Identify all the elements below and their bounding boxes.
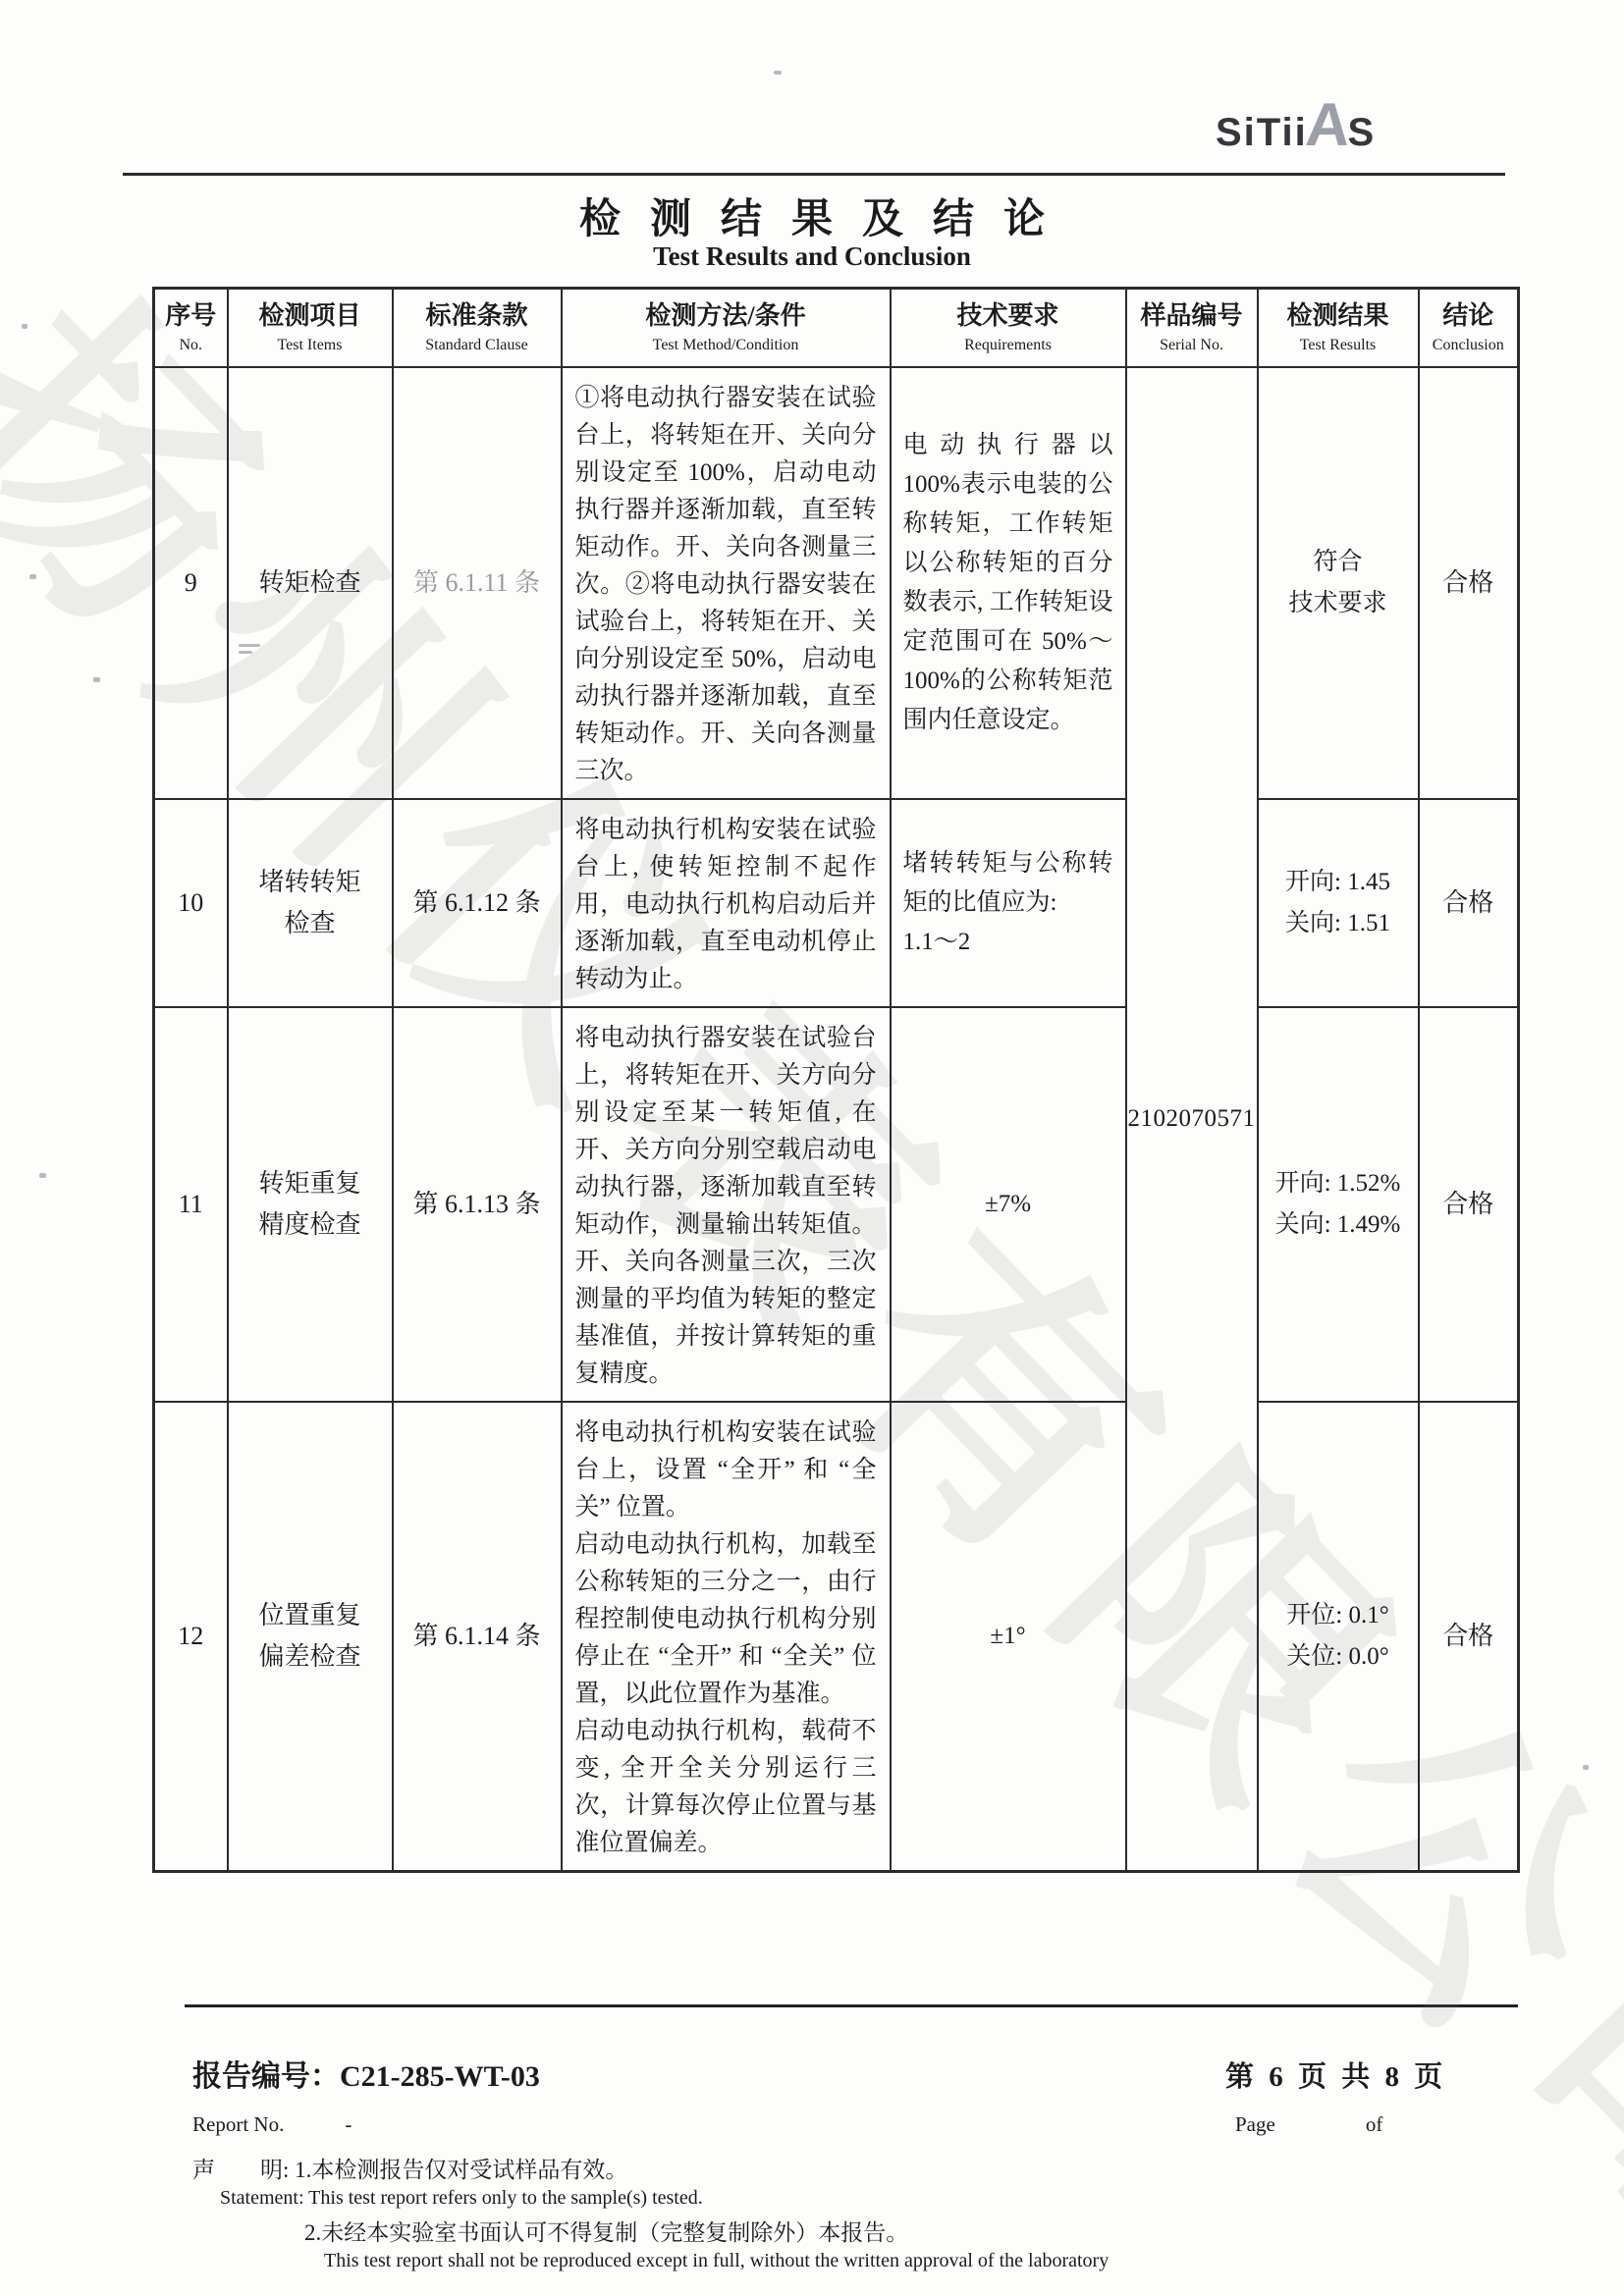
cell-no: 10 xyxy=(154,799,228,1007)
col-header-no: 序号 No. xyxy=(154,289,228,367)
footer-statement-en-1: Statement: This test report refers only … xyxy=(220,2187,703,2210)
cell-test-method: ①将电动执行器安装在试验台上，将转矩在开、关向分别设定至 100%，启动电动执行… xyxy=(562,367,891,799)
cell-test-result: 开位: 0.1° 关位: 0.0° xyxy=(1258,1402,1419,1872)
sitiias-logo: SiTii A S xyxy=(1216,90,1376,160)
table-row-11: 11 转矩重复 精度检查 第 6.1.13 条 将电动执行器安装在试验台上，将转… xyxy=(154,1007,1519,1402)
cell-standard-clause: 第 6.1.14 条 xyxy=(393,1402,562,1872)
cell-test-result: 符合 技术要求 xyxy=(1258,367,1419,799)
cell-standard-clause: 第 6.1.13 条 xyxy=(393,1007,562,1402)
cell-requirements: 堵转转矩与公称转矩的比值应为: 1.1～2 xyxy=(891,799,1126,1007)
logo-text-prefix: SiTii xyxy=(1216,111,1308,155)
scan-artifact xyxy=(29,574,36,579)
col-header-serial-no: 样品编号 Serial No. xyxy=(1126,289,1258,367)
table-row-10: 10 堵转转矩 检查 第 6.1.12 条 将电动执行机构安装在试验台上, 使转… xyxy=(154,799,1519,1007)
cell-requirements: ±7% xyxy=(891,1007,1126,1402)
footer-divider xyxy=(185,2004,1518,2007)
cell-serial-no: 2102070571 xyxy=(1126,367,1258,1872)
scan-artifact xyxy=(1583,1765,1589,1770)
cell-test-result: 开向: 1.45 关向: 1.51 xyxy=(1258,799,1419,1007)
footer-statement-zh-2: 2.未经本实验室书面认可不得复制（完整复制除外）本报告。 xyxy=(304,2215,908,2247)
footer-statement-zh-1: 声 明: 1.本检测报告仅对受试样品有效。 xyxy=(192,2152,627,2184)
table-header-row: 序号 No. 检测项目 Test Items 标准条款 Standard Cla… xyxy=(154,289,1519,367)
col-header-conclusion: 结论 Conclusion xyxy=(1419,289,1519,367)
scan-artifact xyxy=(774,71,782,75)
cell-test-result: 开向: 1.52% 关向: 1.49% xyxy=(1258,1007,1419,1402)
scan-artifact xyxy=(39,1173,46,1178)
cell-test-item: 堵转转矩 检查 xyxy=(228,799,393,1007)
cell-test-item: 转矩检查 xyxy=(228,367,393,799)
table-row-12: 12 位置重复 偏差检查 第 6.1.14 条 将电动执行机构安装在试验台上，设… xyxy=(154,1402,1519,1872)
cell-standard-clause: 第 6.1.11 条 xyxy=(393,367,562,799)
col-header-standard-clause: 标准条款 Standard Clause xyxy=(393,289,562,367)
cell-standard-clause: 第 6.1.12 条 xyxy=(393,799,562,1007)
col-header-requirements: 技术要求 Requirements xyxy=(891,289,1126,367)
logo-letter-a: A xyxy=(1303,90,1354,160)
footer-page-zh: 第 6 页 共 8 页 xyxy=(1225,2055,1446,2095)
cell-test-method: 将电动执行机构安装在试验台上, 使转矩控制不起作用，电动执行机构启动后并逐渐加载… xyxy=(562,799,891,1007)
footer-statement-en-2: This test report shall not be reproduced… xyxy=(324,2250,1109,2272)
cell-conclusion: 合格 xyxy=(1419,367,1519,799)
footer-report-no-en: Report No.- xyxy=(192,2112,352,2137)
cell-test-item: 转矩重复 精度检查 xyxy=(228,1007,393,1402)
footer-report-no: 报告编号：C21-285-WT-03 xyxy=(192,2052,540,2095)
cell-conclusion: 合格 xyxy=(1419,799,1519,1007)
page-subtitle: Test Results and Conclusion xyxy=(0,241,1624,272)
cell-test-item: 位置重复 偏差检查 xyxy=(228,1402,393,1872)
cell-conclusion: 合格 xyxy=(1419,1402,1519,1872)
cell-no: 9 xyxy=(154,367,228,799)
table-row-9: 9 转矩检查 第 6.1.11 条 ①将电动执行器安装在试验台上，将转矩在开、关… xyxy=(154,367,1519,799)
cell-no: 12 xyxy=(154,1402,228,1872)
header-divider xyxy=(123,173,1505,176)
scan-artifact xyxy=(22,324,27,329)
cell-conclusion: 合格 xyxy=(1419,1007,1519,1402)
cell-requirements: 电动执行器以 100%表示电装的公称转矩，工作转矩以公称转矩的百分数表示, 工作… xyxy=(891,367,1126,799)
col-header-test-method: 检测方法/条件 Test Method/Condition xyxy=(562,289,891,367)
page-title: 检测结果及结论 xyxy=(0,187,1624,245)
cell-test-method: 将电动执行器安装在试验台上，将转矩在开、关方向分别设定至某一转矩值, 在开、关方… xyxy=(562,1007,891,1402)
col-header-test-results: 检测结果 Test Results xyxy=(1258,289,1419,367)
test-results-table: 序号 No. 检测项目 Test Items 标准条款 Standard Cla… xyxy=(152,287,1520,1873)
cell-requirements: ±1° xyxy=(891,1402,1126,1872)
footer-page-en: Pageof xyxy=(1235,2112,1382,2137)
col-header-test-items: 检测项目 Test Items xyxy=(228,289,393,367)
report-page: SiTii A S 检测结果及结论 Test Results and Concl… xyxy=(0,0,1624,2296)
cell-no: 11 xyxy=(154,1007,228,1402)
cell-test-method: 将电动执行机构安装在试验台上，设置 “全开” 和 “全关” 位置。 启动电动执行… xyxy=(562,1402,891,1872)
scan-artifact xyxy=(93,677,100,682)
